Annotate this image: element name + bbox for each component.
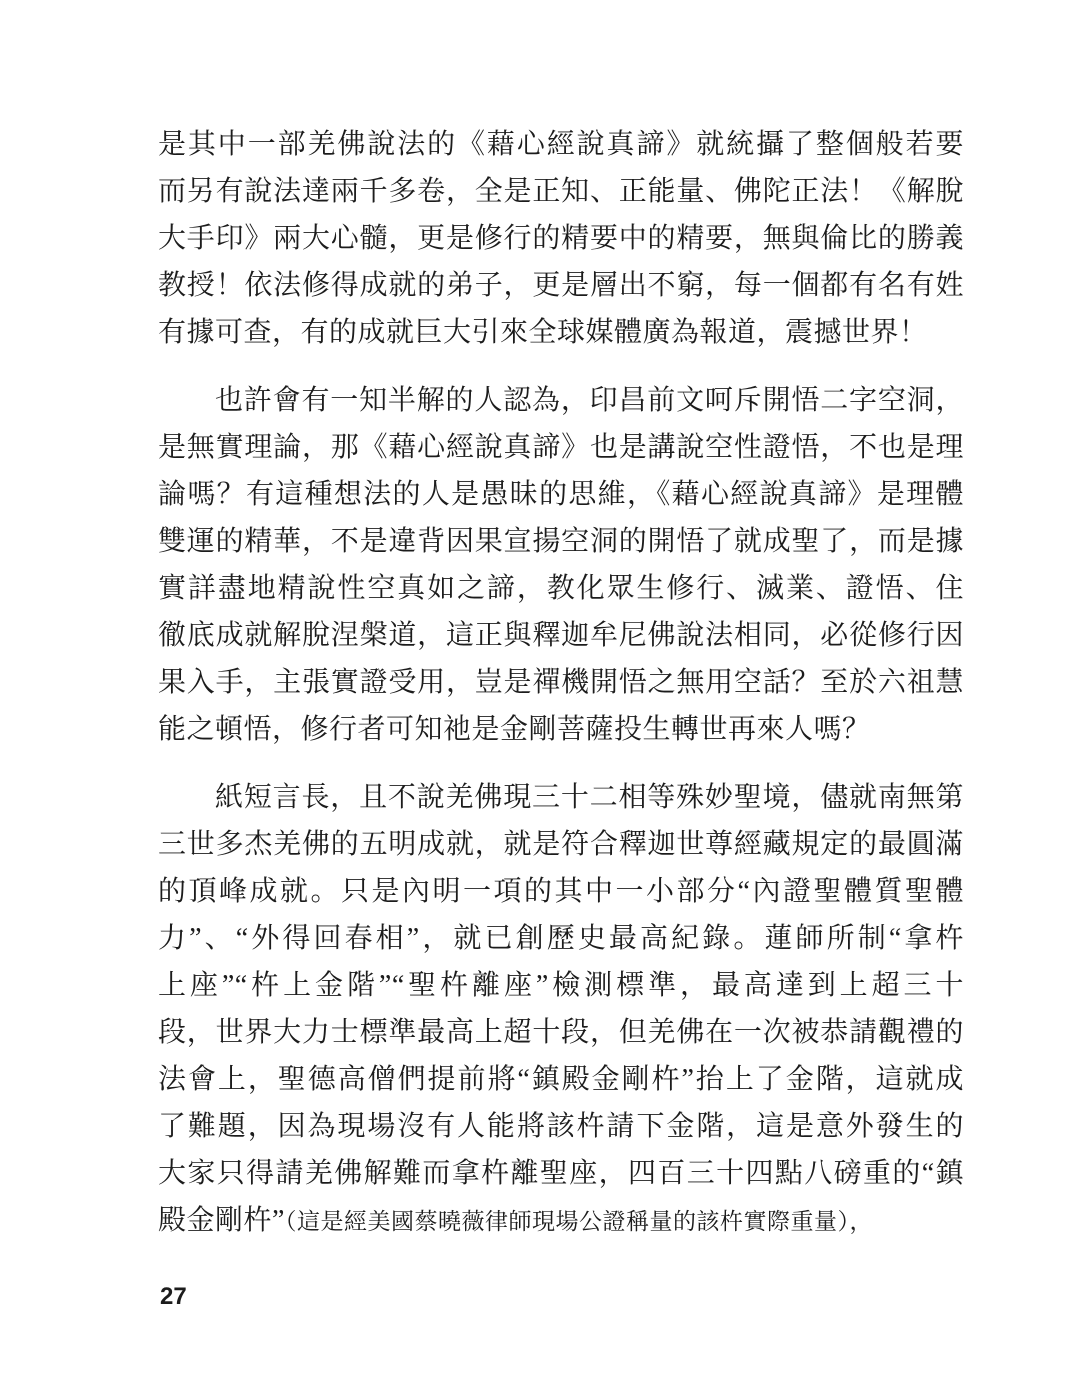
body-text: 是無實理論，那《藉心經說真諦》也是講說空性證悟，不也是理 bbox=[158, 432, 964, 463]
text-line: 而另有說法達兩千多卷，全是正知、正能量、佛陀正法！《解脫 bbox=[158, 168, 964, 215]
body-text: 殿金剛杵” bbox=[158, 1205, 285, 1236]
body-text: 雙運的精華，不是違背因果宣揚空洞的開悟了就成聖了，而是據 bbox=[158, 526, 964, 557]
body-text: 大家只得請羌佛解難而拿杵離聖座，四百三十四點八磅重的“鎮 bbox=[158, 1158, 964, 1189]
text-line: 是其中一部羌佛說法的《藉心經說真諦》就統攝了整個般若要義， bbox=[158, 121, 964, 168]
body-text: 大手印》兩大心髓，更是修行的精要中的精要，無與倫比的勝義 bbox=[158, 223, 964, 254]
text-line: 大家只得請羌佛解難而拿杵離聖座，四百三十四點八磅重的“鎮 bbox=[158, 1150, 964, 1197]
text-line: 三世多杰羌佛的五明成就，就是符合釋迦世尊經藏規定的最圓滿 bbox=[158, 821, 964, 868]
text-line: 是無實理論，那《藉心經說真諦》也是講說空性證悟，不也是理 bbox=[158, 424, 964, 471]
text-line: 段，世界大力士標準最高上超十段，但羌佛在一次被恭請觀禮的 bbox=[158, 1009, 964, 1056]
body-text: 上座”“杵上金階”“聖杵離座”檢測標準，最高達到上超三十 bbox=[158, 970, 964, 1001]
body-text: 了難題，因為現場沒有人能將該杵請下金階，這是意外發生的事， bbox=[158, 1111, 964, 1150]
paragraph: 紙短言長，且不說羌佛現三十二相等殊妙聖境，儘就南無第三世多杰羌佛的五明成就，就是… bbox=[158, 774, 964, 1244]
document-content: 是其中一部羌佛說法的《藉心經說真諦》就統攝了整個般若要義，而另有說法達兩千多卷，… bbox=[158, 121, 964, 1244]
body-text: 果入手，主張實證受用，豈是禪機開悟之無用空話？至於六祖慧 bbox=[158, 667, 964, 698]
text-line: 的頂峰成就。只是內明一項的其中一小部分“內證聖體質聖體 bbox=[158, 868, 964, 915]
body-text: 論嗎？有這種想法的人是愚昧的思維，《藉心經說真諦》是理體 bbox=[158, 479, 964, 510]
body-text: 段，世界大力士標準最高上超十段，但羌佛在一次被恭請觀禮的 bbox=[158, 1017, 964, 1048]
body-text: 法會上，聖德高僧們提前將“鎮殿金剛杵”抬上了金階，這就成 bbox=[158, 1064, 964, 1095]
text-line: 論嗎？有這種想法的人是愚昧的思維，《藉心經說真諦》是理體 bbox=[158, 471, 964, 518]
text-line: 殿金剛杵”（這是經美國蔡曉薇律師現場公證稱量的該杵實際重量）， bbox=[158, 1197, 964, 1244]
body-text: 也許會有一知半解的人認為，印昌前文呵斥開悟二字空洞， bbox=[215, 385, 964, 416]
text-line: 法會上，聖德高僧們提前將“鎮殿金剛杵”抬上了金階，這就成 bbox=[158, 1056, 964, 1103]
text-line: 教授！依法修得成就的弟子，更是層出不窮，每一個都有名有姓 bbox=[158, 262, 964, 309]
body-text: 有據可查，有的成就巨大引來全球媒體廣為報道，震撼世界！ bbox=[158, 317, 928, 348]
text-line: 了難題，因為現場沒有人能將該杵請下金階，這是意外發生的事， bbox=[158, 1103, 964, 1150]
page-number: 27 bbox=[160, 1283, 187, 1312]
note-text: （這是經美國蔡曉薇律師現場公證稱量的該杵實際重量）， bbox=[285, 1209, 873, 1234]
body-text: 是其中一部羌佛說法的《藉心經說真諦》就統攝了整個般若要義， bbox=[158, 129, 964, 168]
body-text: 而另有說法達兩千多卷，全是正知、正能量、佛陀正法！《解脫 bbox=[158, 176, 964, 207]
body-text: 實詳盡地精說性空真如之諦，教化眾生修行、滅業、證悟、住性， bbox=[158, 573, 964, 612]
body-text: 教授！依法修得成就的弟子，更是層出不窮，每一個都有名有姓 bbox=[158, 270, 964, 301]
text-line: 紙短言長，且不說羌佛現三十二相等殊妙聖境，儘就南無第 bbox=[158, 774, 964, 821]
text-line: 實詳盡地精說性空真如之諦，教化眾生修行、滅業、證悟、住性， bbox=[158, 565, 964, 612]
body-text: 力”、“外得回春相”，就已創歷史最高紀錄。蓮師所制“拿杵 bbox=[158, 923, 964, 954]
text-line: 果入手，主張實證受用，豈是禪機開悟之無用空話？至於六祖慧 bbox=[158, 659, 964, 706]
body-text: 紙短言長，且不說羌佛現三十二相等殊妙聖境，儘就南無第 bbox=[215, 782, 964, 813]
text-line: 上座”“杵上金階”“聖杵離座”檢測標準，最高達到上超三十 bbox=[158, 962, 964, 1009]
text-line: 能之頓悟，修行者可知祂是金剛菩薩投生轉世再來人嗎？ bbox=[158, 706, 964, 753]
body-text: 徹底成就解脫涅槃道，這正與釋迦牟尼佛說法相同，必從修行因 bbox=[158, 620, 964, 651]
paragraph: 也許會有一知半解的人認為，印昌前文呵斥開悟二字空洞，是無實理論，那《藉心經說真諦… bbox=[158, 377, 964, 753]
body-text: 的頂峰成就。只是內明一項的其中一小部分“內證聖體質聖體 bbox=[158, 876, 964, 907]
text-line: 也許會有一知半解的人認為，印昌前文呵斥開悟二字空洞， bbox=[158, 377, 964, 424]
body-text: 能之頓悟，修行者可知祂是金剛菩薩投生轉世再來人嗎？ bbox=[158, 714, 871, 745]
text-line: 大手印》兩大心髓，更是修行的精要中的精要，無與倫比的勝義 bbox=[158, 215, 964, 262]
text-line: 有據可查，有的成就巨大引來全球媒體廣為報道，震撼世界！ bbox=[158, 309, 964, 356]
text-line: 雙運的精華，不是違背因果宣揚空洞的開悟了就成聖了，而是據 bbox=[158, 518, 964, 565]
text-line: 力”、“外得回春相”，就已創歷史最高紀錄。蓮師所制“拿杵 bbox=[158, 915, 964, 962]
body-text: 三世多杰羌佛的五明成就，就是符合釋迦世尊經藏規定的最圓滿 bbox=[158, 829, 964, 860]
text-line: 徹底成就解脫涅槃道，這正與釋迦牟尼佛說法相同，必從修行因 bbox=[158, 612, 964, 659]
paragraph: 是其中一部羌佛說法的《藉心經說真諦》就統攝了整個般若要義，而另有說法達兩千多卷，… bbox=[158, 121, 964, 356]
